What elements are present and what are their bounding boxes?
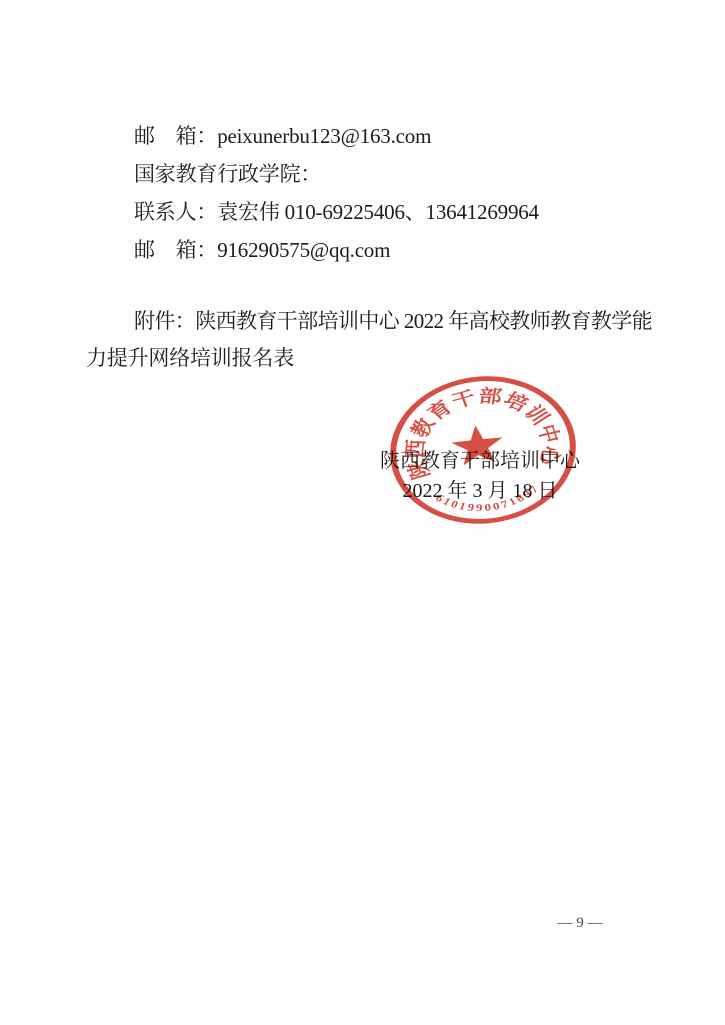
signature-date: 2022 年 3 月 18 日 [330, 480, 630, 503]
contact-org-line: 国家教育行政学院： [134, 162, 321, 186]
contact-email-line-2: 邮 箱：916290575@qq.com [134, 238, 390, 262]
contact-email-line-1: 邮 箱：peixunerbu123@163.com [134, 124, 431, 148]
attachment-note-line-2: 力提升网络培训报名表 [86, 346, 294, 370]
signature-org-name: 陕西教育干部培训中心 [330, 450, 630, 473]
document-page: 邮 箱：peixunerbu123@163.com 国家教育行政学院： 联系人：… [0, 0, 725, 1025]
contact-person-line: 联系人：袁宏伟 010-69225406、13641269964 [134, 200, 539, 224]
page-number: — 9 — [540, 915, 620, 932]
signature-block: 陕西教育干部培训中心 2022 年 3 月 18 日 [330, 450, 630, 503]
attachment-note-line-1: 附件：陕西教育干部培训中心 2022 年高校教师教育教学能 [134, 309, 652, 333]
